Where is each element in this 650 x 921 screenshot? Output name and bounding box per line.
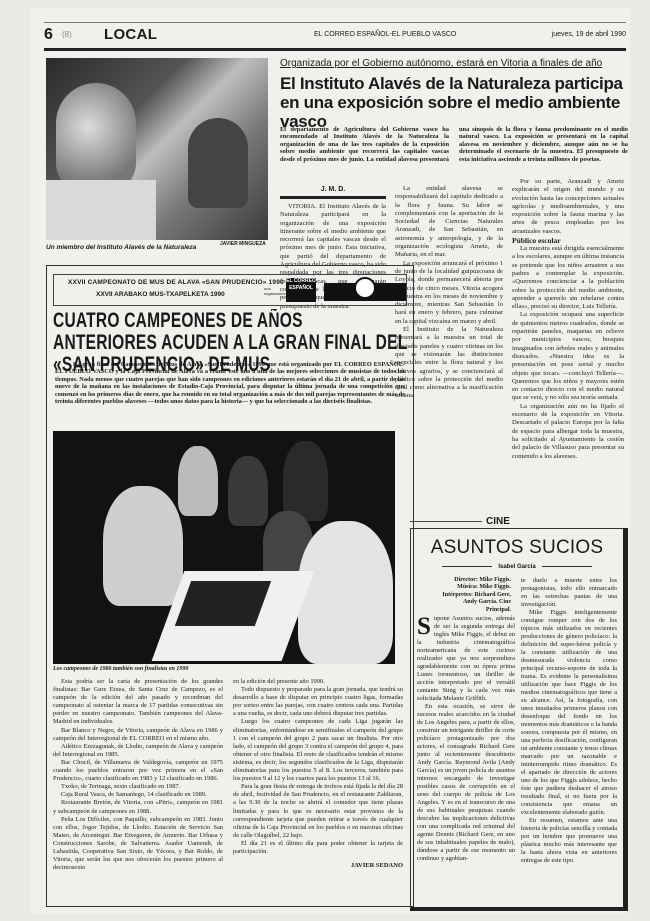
review-column-2: te duelo a muerte entre los protagonista…: [521, 577, 617, 865]
page-number: 6: [44, 26, 53, 44]
mus-paragraph: Para la gran fiesta de entrega de trofeo…: [233, 783, 403, 840]
photo-player: [103, 486, 183, 606]
cine-rule: [410, 521, 482, 522]
article1-lead: El departamento de Agricultura del Gobie…: [280, 126, 628, 163]
article1-headline: El Instituto Alavés de la Naturaleza par…: [280, 74, 630, 131]
photo-background-figure: [188, 118, 248, 208]
drop-cap: S: [417, 617, 431, 637]
el-correo-logo: EL CORREO ESPAÑOL: [286, 278, 316, 302]
masthead: 6 (8) LOCAL EL CORREO ESPAÑOL-EL PUEBLO …: [44, 26, 626, 46]
caja-provincial-logo: [324, 283, 406, 301]
mus-championship-article: XXVII CAMPEONATO DE MUS DE ALAVA «SAN PR…: [46, 265, 414, 907]
review-paragraph: te duelo a muerte entre los protagonista…: [521, 577, 617, 609]
review-author: Isabel García: [421, 564, 613, 570]
article1-paragraph: La entidad alavesa se responsabilizará d…: [395, 185, 503, 260]
mus-paragraph: Restaurante Bretón, de Vitoria, con «Pit…: [53, 799, 223, 815]
film-credits: Director: Mike Figgis. Música: Mike Figg…: [441, 577, 511, 614]
issue-date: jueves, 19 de abril 1990: [552, 31, 626, 38]
mus-paragraph: El día 21 es el último día para poder ob…: [233, 840, 403, 856]
article1-subhead: Público escolar: [512, 236, 624, 245]
photo-spectator: [228, 456, 268, 526]
photo-spectator: [283, 441, 328, 521]
mus-photo-caption: Los campeones de 1986 también son finali…: [53, 666, 188, 672]
article1-paragraph: Por su parte, Aranzadi y Ametz explicará…: [512, 178, 624, 236]
article1-paragraph: La organización aún no ha fijado el esce…: [512, 403, 624, 461]
article1-column-3: Por su parte, Aranzadi y Ametz explicará…: [512, 178, 624, 461]
review-column-1: S upone Asuntos sucios, además de ser la…: [417, 615, 515, 863]
review-title: ASUNTOS SUCIOS: [411, 537, 623, 559]
mus-column-2: en la edición del presente año 1990. Tod…: [233, 678, 403, 869]
article1-photo-caption: Un miembro del Instituto Alavés de la Na…: [46, 244, 196, 251]
byline-rule: [280, 196, 386, 199]
article1-paragraph: La exposición ocupará una superficie de …: [512, 311, 624, 402]
article1-byline: J. M. D.: [280, 186, 386, 193]
mus-paragraph: Esta podría ser la carta de presentación…: [53, 678, 223, 727]
newspaper-page: 6 (8) LOCAL EL CORREO ESPAÑOL-EL PUEBLO …: [30, 8, 630, 913]
mus-lead: La gran final del Campeonato de Mus de A…: [55, 361, 405, 405]
mus-paragraph: Luego los cuatro campeones de cada Liga …: [233, 718, 403, 783]
newspaper-name: EL CORREO ESPAÑOL-EL PUEBLO VASCO: [314, 31, 456, 38]
review-paragraph: upone Asuntos sucios, además de ser la s…: [417, 615, 515, 703]
section-title: LOCAL: [104, 26, 157, 43]
article1-photo: [46, 58, 268, 240]
cine-section-label: CINE: [486, 516, 510, 527]
championship-banner: XXVII CAMPEONATO DE MUS DE ALAVA «SAN PR…: [53, 274, 407, 306]
masthead-rule: [44, 48, 626, 51]
article1-byline-block: J. M. D.: [280, 186, 386, 199]
mus-paragraph: Txoko, de Terinaga, sexto clasificado en…: [53, 783, 223, 791]
article1-kicker: Organizada por el Gobierno autónomo, est…: [280, 58, 602, 69]
photo-card-mat: [175, 581, 271, 626]
caja-emblem-icon: [354, 277, 376, 299]
article1-photo-credit: JAVIER MINGUEZA: [220, 241, 266, 247]
mus-paragraph: Todo dispuesto y preparado para la gran …: [233, 686, 403, 718]
mus-paragraph: Caja Rural Vasca, de Samaniego, 14 clasi…: [53, 791, 223, 799]
mus-signature: JAVIER SEDANO: [233, 862, 403, 869]
mus-photo: [53, 431, 395, 664]
page-mark: (8): [62, 30, 72, 39]
mus-paragraph: Bar Blanco y Negro, de Vitoria, campeón …: [53, 727, 223, 743]
review-paragraph: En resumen, estamos ante una historia de…: [521, 817, 617, 865]
mus-paragraph: Bar Chocil, de Villanueva de Valdegovía,…: [53, 759, 223, 783]
photo-figure-body: [46, 180, 156, 240]
banner-line-2: XXVII ARABAKO MUS-TXAPELKETA 1990: [96, 291, 225, 298]
mus-paragraph: Atlético Ezezagunak, de Llodio, campeón …: [53, 743, 223, 759]
review-paragraph: Mike Figgis inteligentemente consigue ro…: [521, 609, 617, 817]
photo-spectator: [178, 446, 218, 516]
review-paragraph: En esta ocasión, se sirve de sucesos rea…: [417, 703, 515, 863]
film-review: ASUNTOS SUCIOS Isabel García Director: M…: [410, 528, 628, 911]
banner-line-1: XXVII CAMPEONATO DE MUS DE ALAVA «SAN PR…: [68, 279, 284, 286]
organizer-label: una organización: [264, 286, 284, 296]
photo-figure: [56, 83, 136, 193]
article1-paragraph: La muestra está dirigida esencialmente a…: [512, 245, 624, 311]
mus-column-1: Esta podría ser la carta de presentación…: [53, 678, 223, 872]
mus-paragraph: en la edición del presente año 1990.: [233, 678, 403, 686]
photo-player: [298, 521, 393, 664]
top-rule: [44, 22, 626, 23]
mus-paragraph: Peña Los Difíciles, con Paquillo, subcam…: [53, 816, 223, 873]
